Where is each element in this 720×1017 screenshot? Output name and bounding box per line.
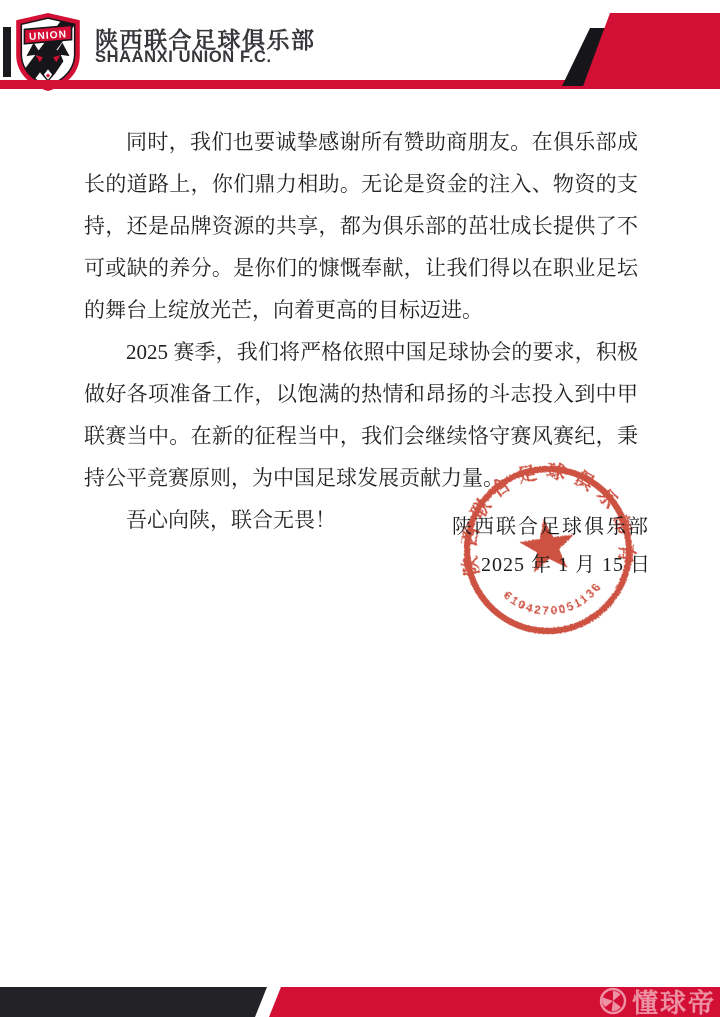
header-corner-decoration: [540, 0, 720, 100]
watermark-label: 懂球帝: [632, 983, 716, 1017]
header-left-accent-bar: [3, 27, 11, 77]
signature-club-name: 陕西联合足球俱乐部: [452, 510, 650, 539]
letter-page: UNION 陕西联合足球俱乐部 SHAANXI UNION F.C. 同时，我们…: [0, 0, 720, 1017]
crest-union-banner: UNION: [24, 25, 71, 43]
paragraph-sponsors: 同时，我们也要诚挚感谢所有赞助商朋友。在俱乐部成长的道路上，你们鼎力相助。无论是…: [84, 121, 638, 331]
club-name-english: SHAANXI UNION F.C.: [95, 48, 272, 67]
footer-black-stripe: [0, 987, 267, 1017]
corner-red-shape: [582, 13, 720, 89]
signature-date: 2025 年 1 月 15 日: [481, 548, 651, 577]
dongqiudi-watermark: 懂球帝: [599, 986, 716, 1016]
dongqiudi-ball-icon: [599, 987, 627, 1015]
